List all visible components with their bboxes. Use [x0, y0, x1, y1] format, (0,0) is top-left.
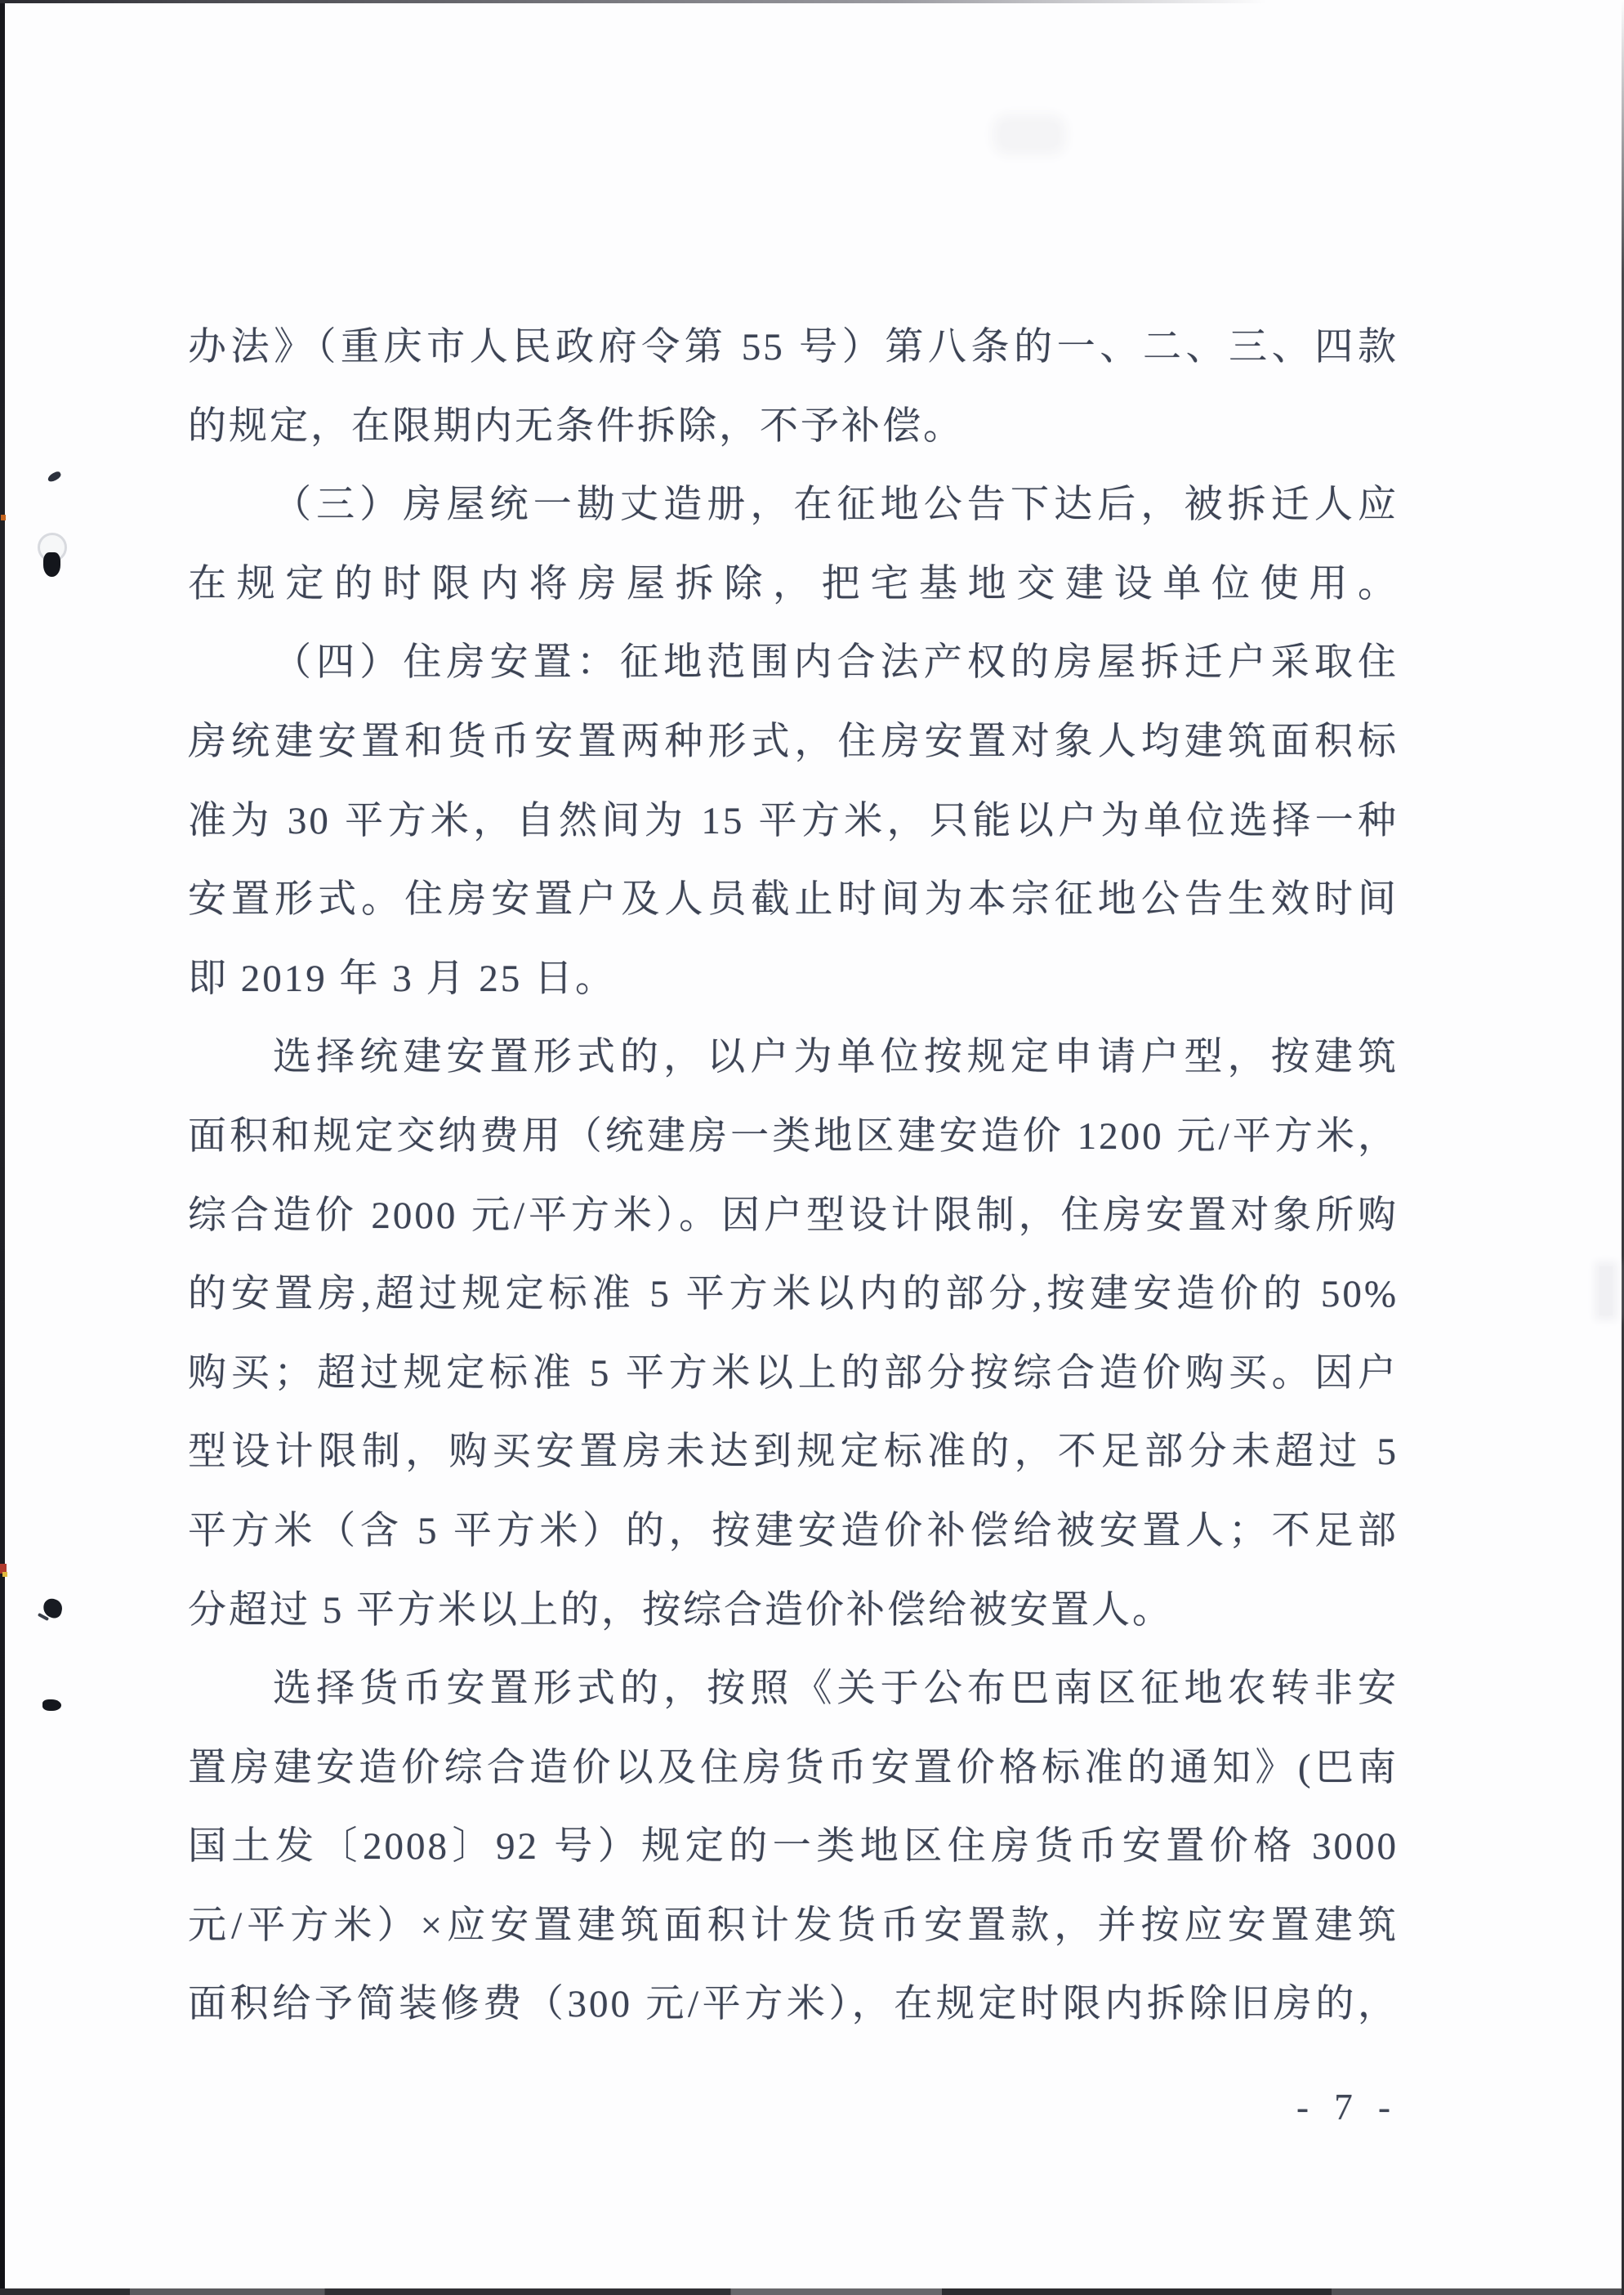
text-line: 安置形式。住房安置户及人员截止时间为本宗征地公告生效时间	[188, 860, 1399, 940]
text-line: 综合造价 2000 元/平方米）。因户型设计限制，住房安置对象所购	[188, 1177, 1399, 1256]
text-line: 分超过 5 平方米以上的，按综合造价补偿给被安置人。	[188, 1571, 1399, 1650]
text-line: 即 2019 年 3 月 25 日。	[188, 940, 1399, 1019]
text-line: 办法》（重庆市人民政府令第 55 号）第八条的一、二、三、四款	[188, 308, 1399, 387]
text-line: 的规定，在限期内无条件拆除，不予补偿。	[188, 387, 1399, 467]
edge-color-speck	[1, 515, 6, 520]
scan-edge-left	[0, 0, 5, 2295]
text-line: 的安置房,超过规定标准 5 平方米以内的部分,按建安造价的 50%	[188, 1255, 1399, 1334]
text-line: 型设计限制，购买安置房未达到规定标准的，不足部分未超过 5	[188, 1413, 1399, 1492]
edge-color-speck	[2, 1572, 7, 1577]
text-line: 房统建安置和货币安置两种形式，住房安置对象人均建筑面积标	[188, 703, 1399, 782]
text-line: 国土发〔2008〕92 号）规定的一类地区住房货币安置价格 3000	[188, 1807, 1399, 1886]
text-line: （三）房屋统一勘丈造册，在征地公告下达后，被拆迁人应	[188, 466, 1399, 545]
text-line: 元/平方米）×应安置建筑面积计发货币安置款，并按应安置建筑	[188, 1886, 1399, 1966]
text-line: 面积给予简装修费（300 元/平方米），在规定时限内拆除旧房的，	[188, 1965, 1399, 2044]
scan-edge-top	[0, 0, 1624, 3]
ink-blot-mark	[47, 471, 62, 484]
ink-blot-mark	[43, 552, 60, 577]
scan-smudge	[1599, 1266, 1613, 1315]
text-line: 面积和规定交纳费用（统建房一类地区建安造价 1200 元/平方米，	[188, 1097, 1399, 1177]
text-line: 购买；超过规定标准 5 平方米以上的部分按综合造价购买。因户	[188, 1334, 1399, 1413]
text-line: （四）住房安置：征地范围内合法产权的房屋拆迁户采取住	[188, 623, 1399, 703]
text-line: 在规定的时限内将房屋拆除，把宅基地交建设单位使用。	[188, 545, 1399, 624]
text-line: 置房建安造价综合造价以及住房货币安置价格标准的通知》(巴南	[188, 1729, 1399, 1808]
scan-edge-bottom	[0, 2288, 1624, 2295]
page-number: - 7 -	[1296, 2086, 1399, 2128]
ink-blot-mark	[42, 1699, 61, 1711]
text-line: 选择货币安置形式的，按照《关于公布巴南区征地农转非安	[188, 1650, 1399, 1729]
scanned-page: 办法》（重庆市人民政府令第 55 号）第八条的一、二、三、四款 的规定，在限期内…	[0, 0, 1624, 2295]
text-line: 准为 30 平方米，自然间为 15 平方米，只能以户为单位选择一种	[188, 782, 1399, 861]
scan-smudge	[1001, 123, 1058, 147]
text-line: 选择统建安置形式的，以户为单位按规定申请户型，按建筑	[188, 1018, 1399, 1097]
text-line: 平方米（含 5 平方米）的，按建安造价补偿给被安置人；不足部	[188, 1492, 1399, 1571]
document-text: 办法》（重庆市人民政府令第 55 号）第八条的一、二、三、四款 的规定，在限期内…	[188, 308, 1399, 2044]
